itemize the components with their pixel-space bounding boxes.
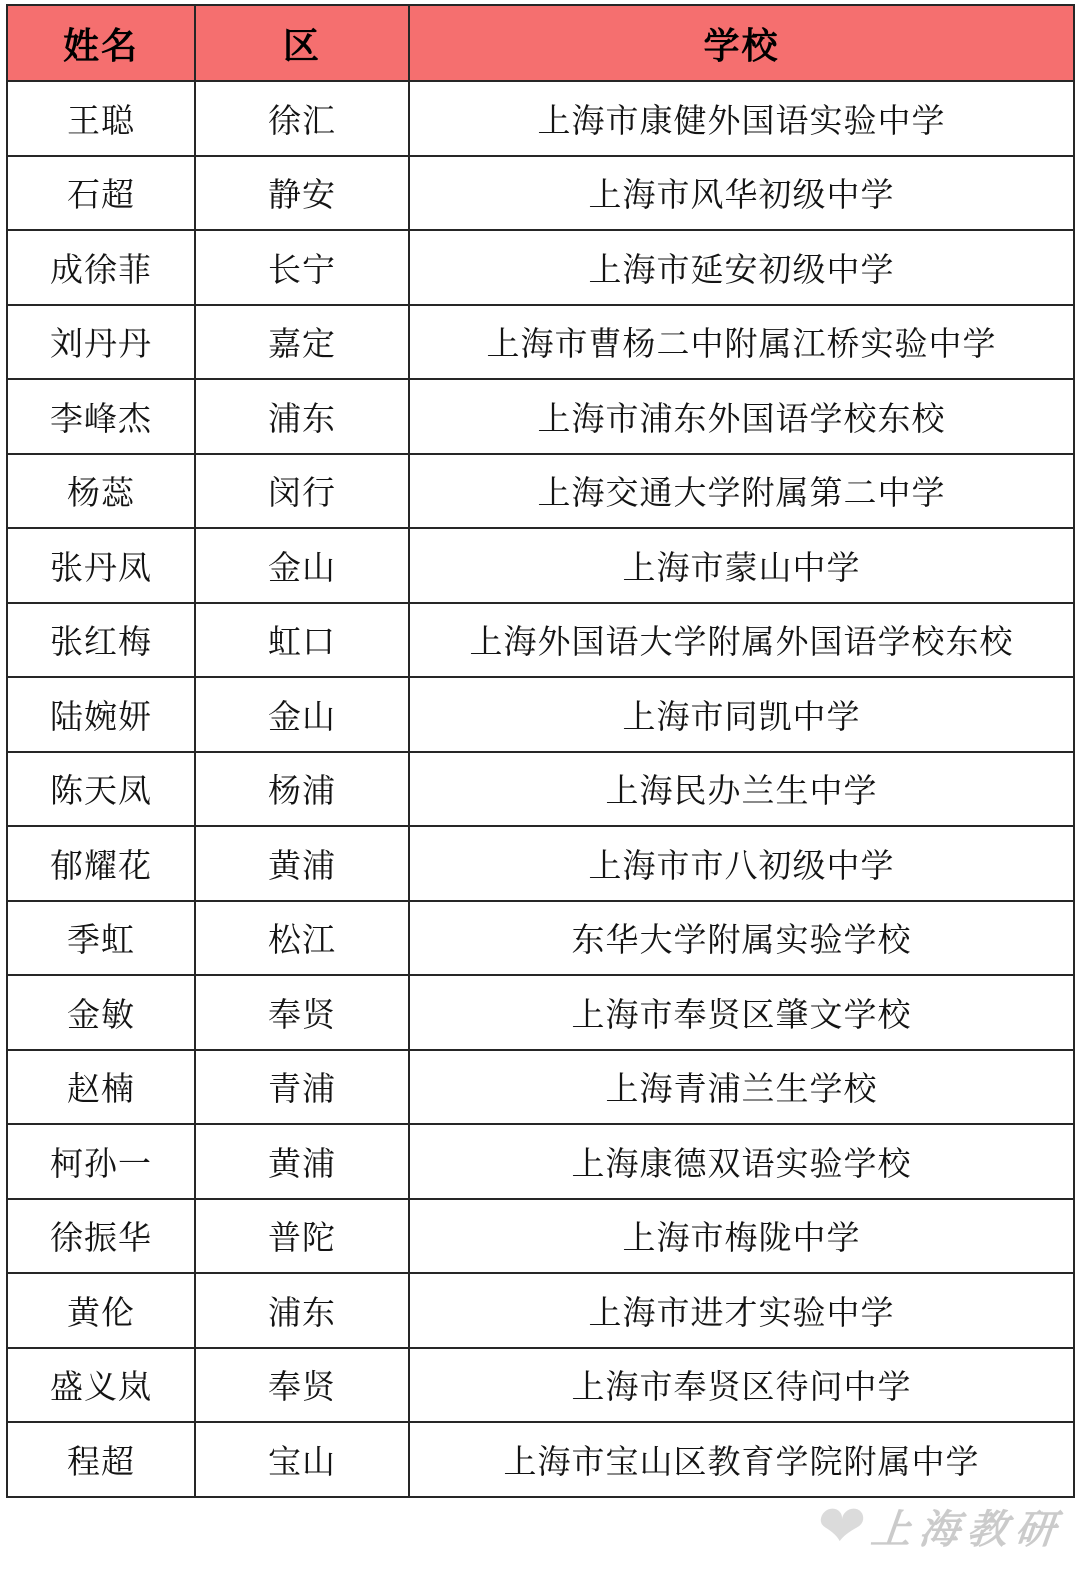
cell-district: 闵行 bbox=[195, 454, 409, 529]
cell-school: 上海青浦兰生学校 bbox=[409, 1050, 1074, 1125]
table-body: 王聪徐汇上海市康健外国语实验中学石超静安上海市风华初级中学成徐菲长宁上海市延安初… bbox=[7, 81, 1074, 1497]
cell-school: 东华大学附属实验学校 bbox=[409, 901, 1074, 976]
cell-school: 上海市奉贤区肇文学校 bbox=[409, 975, 1074, 1050]
table-row: 陆婉妍金山上海市同凯中学 bbox=[7, 677, 1074, 752]
column-header-district: 区 bbox=[195, 5, 409, 81]
table-row: 程超宝山上海市宝山区教育学院附属中学 bbox=[7, 1422, 1074, 1497]
cell-school: 上海康德双语实验学校 bbox=[409, 1124, 1074, 1199]
cell-district: 宝山 bbox=[195, 1422, 409, 1497]
cell-name: 徐振华 bbox=[7, 1199, 195, 1274]
cell-school: 上海市进才实验中学 bbox=[409, 1273, 1074, 1348]
table-row: 金敏奉贤上海市奉贤区肇文学校 bbox=[7, 975, 1074, 1050]
cell-district: 静安 bbox=[195, 156, 409, 231]
table-row: 赵楠青浦上海青浦兰生学校 bbox=[7, 1050, 1074, 1125]
cell-district: 奉贤 bbox=[195, 975, 409, 1050]
cell-name: 陆婉妍 bbox=[7, 677, 195, 752]
cell-name: 郁耀花 bbox=[7, 826, 195, 901]
table-row: 季虹松江东华大学附属实验学校 bbox=[7, 901, 1074, 976]
cell-name: 王聪 bbox=[7, 81, 195, 156]
cell-name: 程超 bbox=[7, 1422, 195, 1497]
table-row: 石超静安上海市风华初级中学 bbox=[7, 156, 1074, 231]
cell-name: 黄伦 bbox=[7, 1273, 195, 1348]
cell-district: 黄浦 bbox=[195, 1124, 409, 1199]
cell-name: 赵楠 bbox=[7, 1050, 195, 1125]
cell-school: 上海市宝山区教育学院附属中学 bbox=[409, 1422, 1074, 1497]
watermark: ❤ 上海教研 bbox=[814, 1497, 1067, 1555]
cell-name: 陈天凤 bbox=[7, 752, 195, 827]
cell-name: 柯孙一 bbox=[7, 1124, 195, 1199]
cell-school: 上海市康健外国语实验中学 bbox=[409, 81, 1074, 156]
cell-school: 上海市浦东外国语学校东校 bbox=[409, 379, 1074, 454]
table-row: 张红梅虹口上海外国语大学附属外国语学校东校 bbox=[7, 603, 1074, 678]
cell-district: 嘉定 bbox=[195, 305, 409, 380]
cell-name: 季虹 bbox=[7, 901, 195, 976]
cell-district: 青浦 bbox=[195, 1050, 409, 1125]
cell-school: 上海市市八初级中学 bbox=[409, 826, 1074, 901]
cell-school: 上海民办兰生中学 bbox=[409, 752, 1074, 827]
header-row: 姓名 区 学校 bbox=[7, 5, 1074, 81]
cell-name: 盛义岚 bbox=[7, 1348, 195, 1423]
cell-district: 奉贤 bbox=[195, 1348, 409, 1423]
cell-district: 黄浦 bbox=[195, 826, 409, 901]
cell-district: 徐汇 bbox=[195, 81, 409, 156]
table-row: 李峰杰浦东上海市浦东外国语学校东校 bbox=[7, 379, 1074, 454]
table-row: 张丹凤金山上海市蒙山中学 bbox=[7, 528, 1074, 603]
cell-district: 浦东 bbox=[195, 1273, 409, 1348]
table-row: 郁耀花黄浦上海市市八初级中学 bbox=[7, 826, 1074, 901]
table-row: 成徐菲长宁上海市延安初级中学 bbox=[7, 230, 1074, 305]
cell-district: 金山 bbox=[195, 528, 409, 603]
roster-table-container: 姓名 区 学校 王聪徐汇上海市康健外国语实验中学石超静安上海市风华初级中学成徐菲… bbox=[6, 4, 1075, 1498]
cell-school: 上海市风华初级中学 bbox=[409, 156, 1074, 231]
table-row: 柯孙一黄浦上海康德双语实验学校 bbox=[7, 1124, 1074, 1199]
cell-school: 上海市蒙山中学 bbox=[409, 528, 1074, 603]
table-row: 黄伦浦东上海市进才实验中学 bbox=[7, 1273, 1074, 1348]
cell-district: 普陀 bbox=[195, 1199, 409, 1274]
table-header: 姓名 区 学校 bbox=[7, 5, 1074, 81]
column-header-name: 姓名 bbox=[7, 5, 195, 81]
cell-district: 虹口 bbox=[195, 603, 409, 678]
table-row: 王聪徐汇上海市康健外国语实验中学 bbox=[7, 81, 1074, 156]
watermark-text: 上海教研 bbox=[869, 1498, 1067, 1555]
cell-school: 上海市延安初级中学 bbox=[409, 230, 1074, 305]
cell-school: 上海外国语大学附属外国语学校东校 bbox=[409, 603, 1074, 678]
table-row: 盛义岚奉贤上海市奉贤区待问中学 bbox=[7, 1348, 1074, 1423]
cell-name: 张红梅 bbox=[7, 603, 195, 678]
table-row: 陈天凤杨浦上海民办兰生中学 bbox=[7, 752, 1074, 827]
table-row: 徐振华普陀上海市梅陇中学 bbox=[7, 1199, 1074, 1274]
cell-district: 浦东 bbox=[195, 379, 409, 454]
cell-name: 刘丹丹 bbox=[7, 305, 195, 380]
heart-logo-icon: ❤ bbox=[814, 1497, 869, 1555]
cell-name: 杨蕊 bbox=[7, 454, 195, 529]
cell-name: 金敏 bbox=[7, 975, 195, 1050]
cell-name: 石超 bbox=[7, 156, 195, 231]
table-row: 刘丹丹嘉定上海市曹杨二中附属江桥实验中学 bbox=[7, 305, 1074, 380]
cell-district: 松江 bbox=[195, 901, 409, 976]
cell-name: 张丹凤 bbox=[7, 528, 195, 603]
roster-table: 姓名 区 学校 王聪徐汇上海市康健外国语实验中学石超静安上海市风华初级中学成徐菲… bbox=[6, 4, 1075, 1498]
column-header-school: 学校 bbox=[409, 5, 1074, 81]
cell-school: 上海交通大学附属第二中学 bbox=[409, 454, 1074, 529]
cell-district: 杨浦 bbox=[195, 752, 409, 827]
cell-school: 上海市曹杨二中附属江桥实验中学 bbox=[409, 305, 1074, 380]
cell-district: 长宁 bbox=[195, 230, 409, 305]
cell-school: 上海市奉贤区待问中学 bbox=[409, 1348, 1074, 1423]
cell-school: 上海市梅陇中学 bbox=[409, 1199, 1074, 1274]
cell-name: 李峰杰 bbox=[7, 379, 195, 454]
cell-school: 上海市同凯中学 bbox=[409, 677, 1074, 752]
cell-name: 成徐菲 bbox=[7, 230, 195, 305]
cell-district: 金山 bbox=[195, 677, 409, 752]
table-row: 杨蕊闵行上海交通大学附属第二中学 bbox=[7, 454, 1074, 529]
